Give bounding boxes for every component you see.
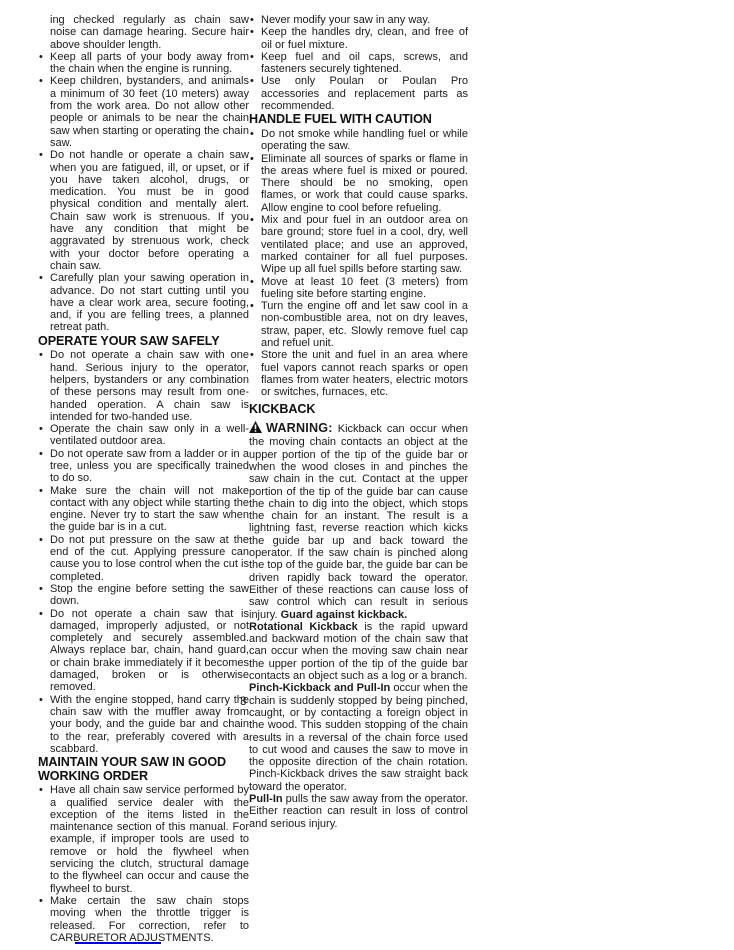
section-heading: HANDLE FUEL WITH CAUTION — [249, 113, 468, 127]
bullet-item: •Have all chain saw service performed by… — [38, 784, 249, 895]
bullet-marker: • — [39, 485, 43, 497]
bullet-marker: • — [39, 534, 43, 546]
body-paragraph: Pinch-Kickback and Pull-In occur when th… — [249, 682, 468, 793]
bullet-list: •Have all chain saw service performed by… — [38, 784, 249, 944]
bullet-item: •Keep children, bystanders, and animals … — [38, 75, 249, 149]
bullet-list: •Do not smoke while handling fuel or whi… — [249, 128, 468, 399]
bold-run: Pinch-Kickback and Pull-In — [249, 682, 390, 694]
bullet-item: •Make certain the saw chain stops moving… — [38, 895, 249, 944]
bullet-marker: • — [250, 75, 254, 87]
bullet-item: •Use only Poulan or Poulan Pro accessori… — [249, 75, 468, 112]
bullet-text: Never modify your saw in any way. — [261, 14, 430, 26]
bullet-list: •Do not operate a chain saw with one han… — [38, 349, 249, 755]
bullet-text: Eliminate all sources of sparks or flame… — [261, 153, 468, 214]
bullet-item: •Mix and pour fuel in an outdoor area on… — [249, 214, 468, 275]
bullet-marker: • — [250, 26, 254, 38]
bullet-marker: • — [39, 895, 43, 907]
bullet-item: •Turn the engine off and let saw cool in… — [249, 300, 468, 349]
bullet-marker: • — [39, 149, 43, 161]
page-number: 3 — [240, 696, 246, 708]
bullet-marker: • — [250, 14, 254, 26]
bullet-text: Do not operate saw from a ladder or in a… — [50, 448, 249, 485]
bullet-marker: • — [39, 608, 43, 620]
bullet-item: •With the engine stopped, hand carry the… — [38, 694, 249, 755]
bullet-text: Move at least 10 feet (3 meters) from fu… — [261, 276, 468, 300]
bullet-text: Store the unit and fuel in an area where… — [261, 349, 468, 398]
section-heading: OPERATE YOUR SAW SAFELY — [38, 335, 249, 349]
bullet-text: Do not operate a chain saw with one hand… — [50, 349, 249, 422]
bullet-marker: • — [39, 75, 43, 87]
body-paragraph: Pull-In pulls the saw away from the oper… — [249, 793, 468, 830]
bullet-item: •Carefully plan your sawing operation in… — [38, 272, 249, 333]
bullet-item: •Do not handle or operate a chain saw wh… — [38, 149, 249, 272]
bullet-text: Operate the chain saw only in a well-ven… — [50, 423, 249, 447]
bullet-item: •Do not operate a chain saw with one han… — [38, 349, 249, 423]
bullet-marker: • — [39, 784, 43, 796]
bold-run: Pull-In — [249, 793, 283, 805]
bullet-item: •Store the unit and fuel in an area wher… — [249, 349, 468, 398]
bullet-item: •Do not put pressure on the saw at the e… — [38, 534, 249, 583]
bullet-marker: • — [250, 51, 254, 63]
bullet-item: •Do not smoke while handling fuel or whi… — [249, 128, 468, 153]
bullet-item: •Make sure the chain will not make conta… — [38, 485, 249, 534]
bullet-text: Keep all parts of your body away from th… — [50, 51, 249, 75]
bullet-text: Make certain the saw chain stops moving … — [50, 895, 249, 944]
bullet-text: Carefully plan your sawing operation in … — [50, 272, 249, 333]
bullet-marker: • — [39, 272, 43, 284]
text-run: occur when the chain is suddenly stopped… — [249, 682, 468, 792]
left-column: ing checked regularly as chain saw noise… — [38, 14, 249, 944]
bullet-text: Use only Poulan or Poulan Pro accessorie… — [261, 75, 468, 112]
bullet-marker: • — [250, 300, 254, 312]
bullet-marker: • — [39, 423, 43, 435]
bullet-item: •Eliminate all sources of sparks or flam… — [249, 153, 468, 214]
bullet-marker: • — [250, 128, 254, 140]
bullet-marker: • — [39, 694, 43, 706]
bullet-marker: • — [39, 349, 43, 361]
bullet-marker: • — [39, 51, 43, 63]
bullet-text: Mix and pour fuel in an outdoor area on … — [261, 214, 468, 275]
bullet-text: Do not put pressure on the saw at the en… — [50, 534, 249, 583]
bullet-text: Keep children, bystanders, and animals a… — [50, 75, 249, 148]
bullet-text: With the engine stopped, hand carry the … — [50, 694, 249, 755]
bold-run: Rotational Kickback — [249, 621, 358, 633]
manual-page: ing checked regularly as chain saw noise… — [0, 0, 734, 950]
bullet-text: Make sure the chain will not make contac… — [50, 485, 249, 534]
warning-label: WARNING: — [266, 421, 333, 435]
bullet-list: •Never modify your saw in any way.•Keep … — [249, 14, 468, 112]
bullet-text: Do not smoke while handling fuel or whil… — [261, 128, 468, 152]
bullet-marker: • — [250, 214, 254, 226]
bullet-item: •Move at least 10 feet (3 meters) from f… — [249, 276, 468, 301]
bold-run: Guard against kickback. — [281, 609, 408, 621]
right-column: •Never modify your saw in any way.•Keep … — [249, 14, 468, 830]
bullet-text: Keep fuel and oil caps, screws, and fast… — [261, 51, 468, 75]
warning-triangle-icon — [249, 421, 262, 436]
bullet-item: •Do not operate saw from a ladder or in … — [38, 448, 249, 485]
bullet-marker: • — [250, 276, 254, 288]
continued-paragraph: ing checked regularly as chain saw noise… — [50, 14, 249, 51]
section-heading: KICKBACK — [249, 403, 468, 417]
bullet-item: •Keep all parts of your body away from t… — [38, 51, 249, 76]
bullet-marker: • — [39, 448, 43, 460]
text-run: Kickback can occur when the moving chain… — [249, 423, 468, 620]
bullet-marker: • — [250, 349, 254, 361]
bullet-item: •Keep fuel and oil caps, screws, and fas… — [249, 51, 468, 76]
bullet-item: •Operate the chain saw only in a well-ve… — [38, 423, 249, 448]
bullet-marker: • — [39, 583, 43, 595]
text-run: pulls the saw away from the operator. Ei… — [249, 793, 468, 830]
bullet-item: •Do not operate a chain saw that is dama… — [38, 608, 249, 694]
bullet-text: Turn the engine off and let saw cool in … — [261, 300, 468, 349]
section-heading: MAINTAIN YOUR SAW IN GOOD WORKING ORDER — [38, 756, 249, 783]
bullet-marker: • — [250, 153, 254, 165]
body-paragraph: Rotational Kickback is the rapid upward … — [249, 621, 468, 682]
bullet-list: •Keep all parts of your body away from t… — [38, 51, 249, 334]
footer-link-underline — [75, 942, 161, 944]
bullet-text: Stop the engine before setting the saw d… — [50, 583, 249, 607]
bullet-item: •Stop the engine before setting the saw … — [38, 583, 249, 608]
bullet-text: Keep the handles dry, clean, and free of… — [261, 26, 468, 50]
bullet-text: Have all chain saw service performed by … — [50, 784, 249, 894]
bullet-text: Do not handle or operate a chain saw whe… — [50, 149, 249, 272]
bullet-item: •Never modify your saw in any way. — [249, 14, 468, 26]
warning-note: WARNING: Kickback can occur when the mov… — [249, 421, 468, 621]
bullet-text: Do not operate a chain saw that is damag… — [50, 608, 249, 694]
bullet-item: •Keep the handles dry, clean, and free o… — [249, 26, 468, 51]
